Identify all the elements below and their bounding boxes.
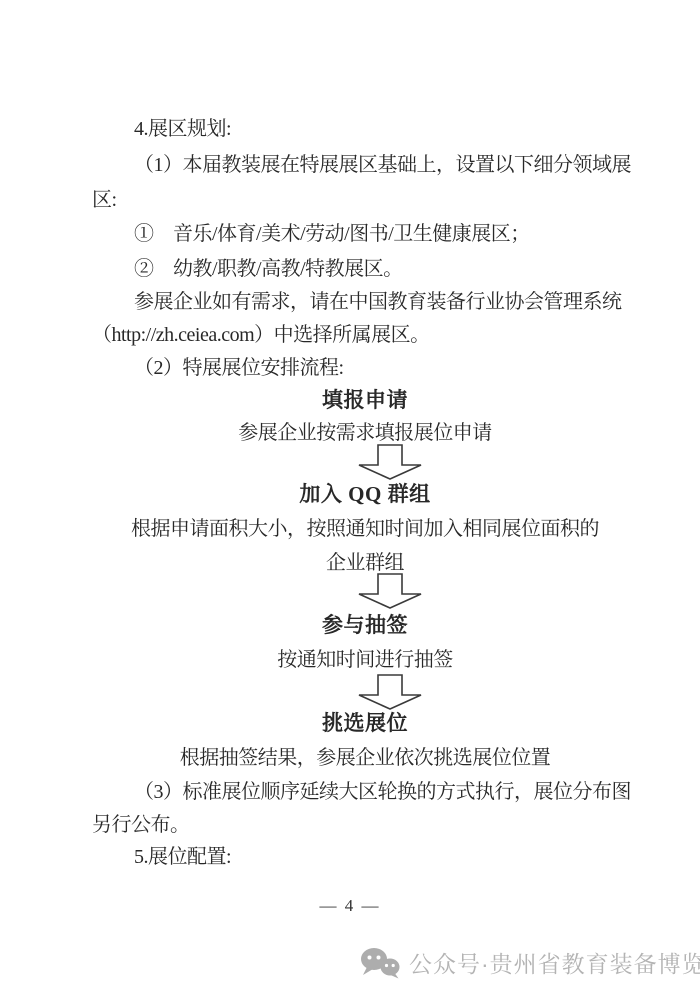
wechat-logo-icon [360, 947, 400, 979]
paragraph-2-line-1: 参展企业如有需求，请在中国教育装备行业协会管理系统 [92, 289, 680, 315]
page-number: — 4 — [92, 896, 608, 916]
section-5-heading: 5.展位配置: [92, 844, 680, 870]
flow-down-arrow-icon [358, 573, 422, 609]
flow-step-4-title: 挑选展位 [92, 710, 638, 736]
flow-step-3-desc: 按通知时间进行抽签 [92, 647, 638, 673]
flow-step-2-desc-line-1: 根据申请面积大小，按照通知时间加入相同展位面积的 [92, 516, 638, 542]
list-item-2: ② 幼教/职教/高教/特教展区。 [92, 256, 680, 282]
paragraph-4-line-2: 另行公布。 [92, 812, 638, 838]
list-item-1: ① 音乐/体育/美术/劳动/图书/卫生健康展区； [92, 221, 680, 247]
paragraph-2-line-2: （http://zh.ceiea.com）中选择所属展区。 [92, 322, 638, 348]
watermark-footer: 公众号·贵州省教育装备博览会 [360, 946, 700, 979]
paragraph-1-line-2: 区: [92, 187, 638, 213]
flow-step-3-title: 参与抽签 [92, 612, 638, 638]
flow-step-2-title: 加入 QQ 群组 [92, 481, 638, 507]
watermark-text: 公众号·贵州省教育装备博览会 [409, 946, 700, 979]
paragraph-1-line-1: （1）本届教装展在特展展区基础上，设置以下细分领域展 [92, 152, 680, 178]
flow-down-arrow-icon [358, 674, 422, 710]
paragraph-4-line-1: （3）标准展位顺序延续大区轮换的方式执行，展位分布图 [92, 779, 680, 805]
document-page: 4.展区规划: （1）本届教装展在特展展区基础上，设置以下细分领域展 区: ① … [0, 0, 700, 990]
paragraph-3-heading: （2）特展展位安排流程: [92, 355, 680, 381]
flow-step-1-desc: 参展企业按需求填报展位申请 [92, 420, 638, 446]
section-4-heading: 4.展区规划: [92, 116, 680, 142]
flow-step-1-title: 填报申请 [92, 387, 638, 413]
flow-step-4-desc: 根据抽签结果，参展企业依次挑选展位位置 [92, 745, 638, 771]
flow-down-arrow-icon [358, 444, 422, 480]
